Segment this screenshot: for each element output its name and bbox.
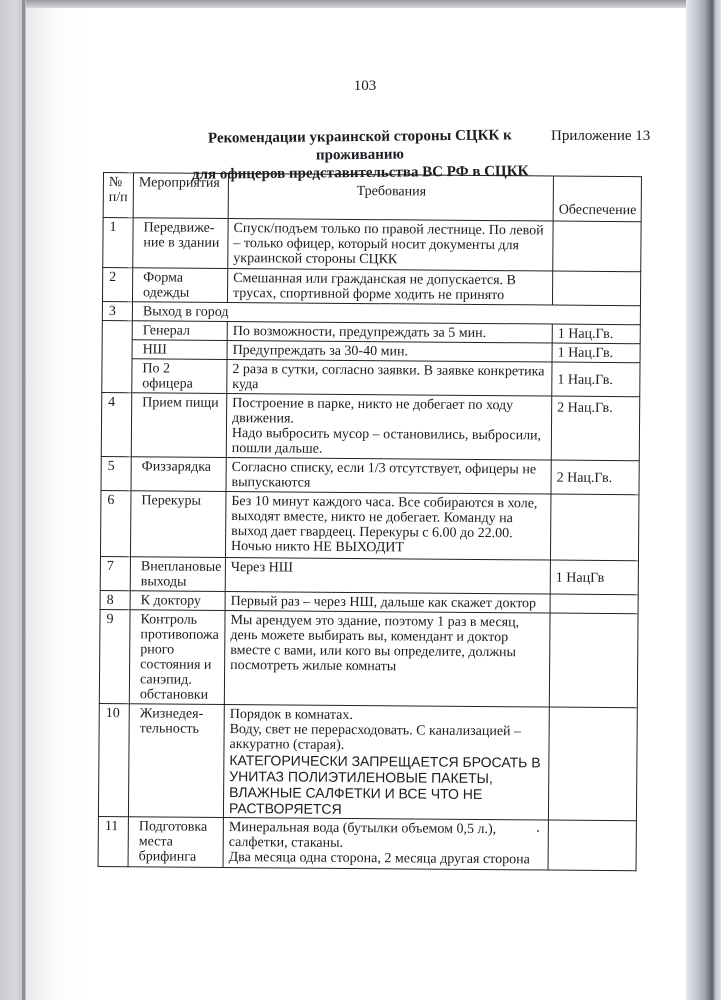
table-row: 4 Прием пищи Построение в парке, никто н… [101,392,639,460]
row-requirements: Мы арендуем это здание, поэтому 1 раз в … [224,610,550,707]
row-support [548,820,636,871]
row-event: Жизнедея-тельность [128,704,224,818]
header-event: Мероприятия [133,173,228,219]
subrow-event: НШ [132,340,227,360]
table-row: 6 Перекуры Без 10 минут каждого часа. Вс… [100,490,639,560]
table-row: 5 Физзарядка Согласно списку, если 1/3 о… [101,456,639,494]
row-requirements: Минеральная вода (бутылки объемом 0,5 л.… [223,817,548,870]
table-row: 7 Внеплановые выходы Через НШ 1 НацГв [100,556,638,594]
header-support: Обеспечение [553,176,641,222]
row-support [553,221,641,272]
row-support [550,594,638,614]
row-num: 3 [102,301,132,320]
subrow-event: По 2 офицера [132,359,227,394]
subrow-requirements: 2 раза в сутки, согласно заявки. В заявк… [227,359,552,396]
row-event: К доктору [130,591,225,611]
row-num: 10 [98,703,129,816]
subrow-requirements: Предупреждать за 30-40 мин. [227,340,552,362]
row-num: 9 [99,609,130,703]
row-requirements: Построение в парке, никто не добегает по… [226,393,551,460]
row-support [549,613,638,708]
table-row: 2 Форма одежды Смешанная или гражданская… [102,268,640,306]
row-event: Внеплановые выходы [130,557,225,592]
requirements-text: Порядок в комнатах. Воду, свет не перера… [229,707,544,754]
row-requirements: Порядок в комнатах. Воду, свет не перера… [223,704,549,820]
row-requirements: Без 10 минут каждого часа. Все собираютс… [225,491,551,560]
row-event: Форма одежды [132,268,227,303]
subrow-support: 1 Нац.Гв. [552,324,640,344]
row-num: 2 [102,268,132,302]
recommendations-table-wrap: № п/п Мероприятия Требования Обеспечение… [98,172,641,871]
row-support [548,707,637,821]
row-num: 6 [100,490,131,556]
table-row: 1 Передвиже-ние в здании Спуск/подъем то… [103,218,641,272]
table-row: 9 Контроль противопожа рного состояния и… [99,609,638,707]
row-event: Прием пищи [131,393,226,458]
scan-speck [537,830,539,832]
row-requirements: Через НШ [225,557,550,594]
row-event: Передвиже-ние в здании [133,218,228,269]
appendix-label: Приложение 13 [551,128,650,145]
table-header-row: № п/п Мероприятия Требования Обеспечение [103,173,641,222]
subrow-support: 1 Нац.Гв. [552,362,640,397]
requirements-warning: КАТЕГОРИЧЕСКИ ЗАПРЕЩАЕТСЯ БРОСАТЬ В УНИТ… [229,752,544,818]
row-num: 1 [103,218,133,268]
row-support: 2 Нац.Гв. [551,396,639,461]
table-row: 11 Подготовка места брифинга Минеральная… [98,816,636,870]
row-event: Перекуры [130,491,226,558]
row-requirements: Первый раз – через НШ, дальше как скажет… [225,591,550,613]
row-requirements: Смешанная или гражданская не допускается… [227,268,552,305]
title-line-1: Рекомендации украинской стороны СЦКК к п… [165,126,555,166]
row-num: 7 [100,556,130,590]
scan-binding-line [22,0,25,1000]
subrow-support: 1 Нац.Гв. [552,343,640,363]
page-number: 103 [350,78,380,95]
table-subrow: По 2 офицера 2 раза в сутки, согласно за… [102,358,640,396]
row-support [552,271,640,306]
row-num: 8 [100,590,130,609]
row-num-empty [102,320,133,392]
row-num: 5 [101,456,131,490]
row-num: 4 [101,392,132,456]
row-num: 11 [98,816,128,866]
header-requirements: Требования [228,173,553,221]
row-event: Подготовка места брифинга [128,817,223,868]
row-support [550,494,639,561]
subrow-requirements: По возможности, предупреждать за 5 мин. [227,321,552,343]
row-event: Физзарядка [131,457,226,492]
row-support: 1 НацГв [550,560,638,595]
header-num: № п/п [103,173,133,218]
table-row: 10 Жизнедея-тельность Порядок в комнатах… [98,703,637,820]
row-requirements: Спуск/подъем только по правой лестнице. … [228,218,553,271]
recommendations-table: № п/п Мероприятия Требования Обеспечение… [98,172,642,871]
row-event: Контроль противопожа рного состояния и с… [129,610,225,705]
subrow-event: Генерал [132,321,227,341]
row-requirements: Согласно списку, если 1/3 отсутствует, о… [226,457,551,494]
row-support: 2 Нац.Гв. [551,460,639,495]
scan-right-edge [686,0,721,1000]
